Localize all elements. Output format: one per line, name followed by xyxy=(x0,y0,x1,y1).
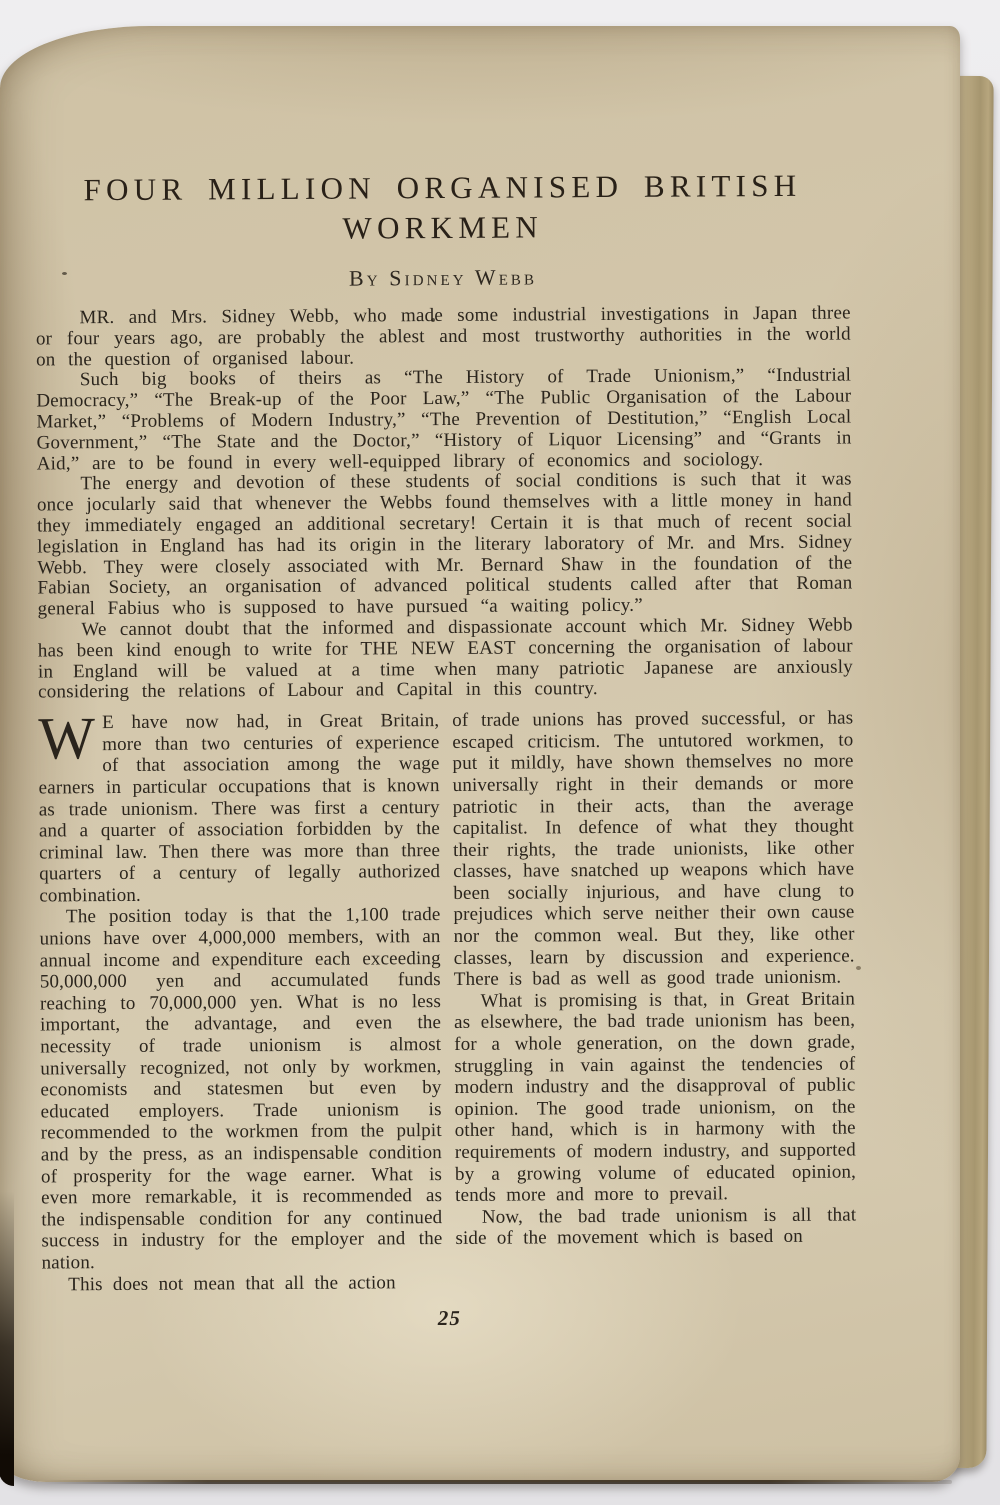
editorial-intro: MR. and Mrs. Sidney Webb, who made some … xyxy=(36,304,853,704)
body-paragraph: This does not mean that all the action xyxy=(42,1272,443,1296)
article-columns: WE have now had, in Great Britain, more … xyxy=(38,708,857,1296)
page-content: FOUR MILLION ORGANISED BRITISHWORKMEN By… xyxy=(34,24,857,1334)
byline: By Sidney Webb xyxy=(35,263,850,294)
article-title: FOUR MILLION ORGANISED BRITISHWORKMEN xyxy=(35,166,850,251)
title-line-1: FOUR MILLION ORGANISED BRITISH xyxy=(83,168,801,207)
title-line-2: WORKMEN xyxy=(342,209,543,245)
right-column: of trade unions has proved successful, o… xyxy=(452,708,857,1293)
spine-shadow xyxy=(0,1176,14,1486)
book-page: FOUR MILLION ORGANISED BRITISHWORKMEN By… xyxy=(0,26,960,1482)
body-paragraph: What is promising is that, in Great Brit… xyxy=(454,988,856,1206)
body-paragraph: of trade unions has proved successful, o… xyxy=(452,708,855,991)
intro-paragraph: MR. and Mrs. Sidney Webb, who made some … xyxy=(36,304,851,371)
intro-paragraph: We cannot doubt that the informed and di… xyxy=(38,615,853,703)
paper-speck xyxy=(856,966,861,970)
body-paragraph: Now, the bad trade unionism is all that … xyxy=(455,1204,856,1250)
scan-background: FOUR MILLION ORGANISED BRITISHWORKMEN By… xyxy=(0,0,1000,1505)
page-bottom-edge xyxy=(44,1480,952,1484)
intro-paragraph: Such big books of theirs as “The History… xyxy=(36,366,852,475)
body-paragraph: The position today is that the 1,100 tra… xyxy=(39,905,442,1275)
page-number: 25 xyxy=(42,1304,857,1334)
drop-cap: W xyxy=(38,712,102,762)
article-opening-paragraph: WE have now had, in Great Britain, more … xyxy=(38,710,440,907)
left-column: WE have now had, in Great Britain, more … xyxy=(38,710,443,1295)
intro-paragraph: The energy and devotion of these student… xyxy=(37,470,853,621)
